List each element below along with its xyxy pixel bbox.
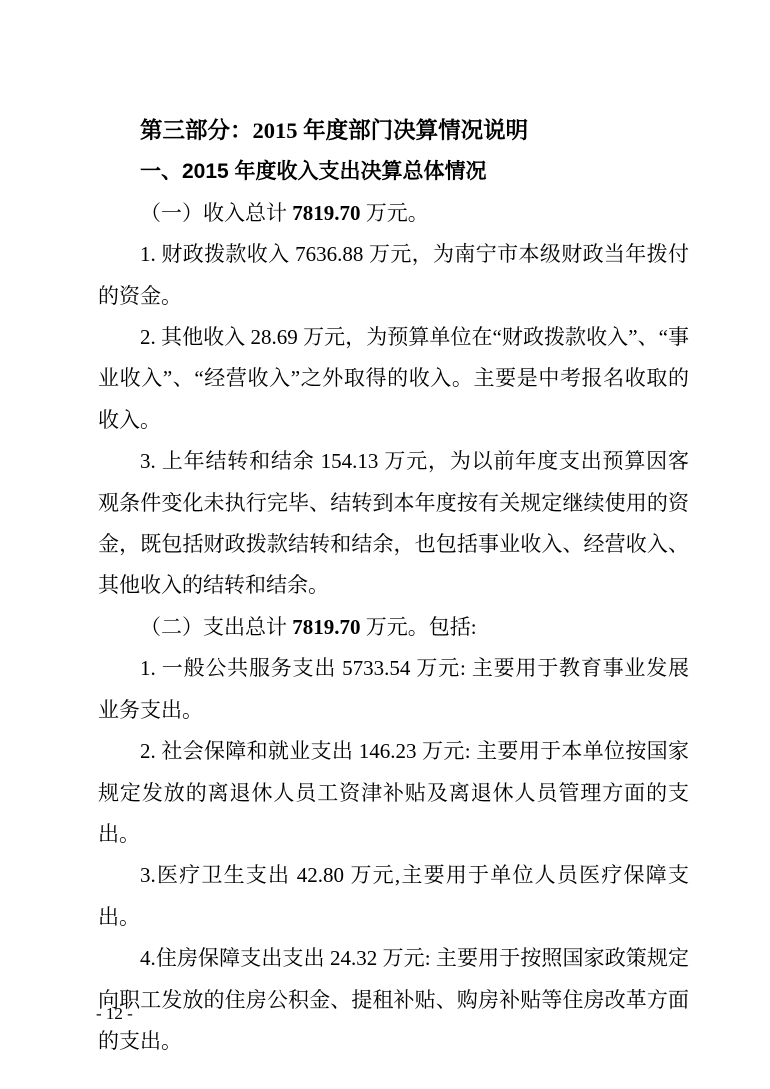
emphasized-amount: 7819.70 <box>292 201 360 225</box>
text-segment: 2. 其他收入 28.69 万元，为预算单位在“财政拨款收入”、“事业收入”、“… <box>98 325 689 432</box>
text-segment: （一）收入总计 <box>140 201 292 225</box>
emphasized-amount: 一、2015 年度收入支出决算总体情况 <box>140 160 487 183</box>
expenditure-item-4-paragraph: 4.住房保障支出支出 24.32 万元: 主要用于按照国家政策规定向职工发放的住… <box>98 938 689 1062</box>
document-body: 第三部分：2015 年度部门决算情况说明一、2015 年度收入支出决算总体情况（… <box>98 110 689 1062</box>
section-heading: 一、2015 年度收入支出决算总体情况 <box>98 151 689 192</box>
expenditure-item-1-paragraph: 1. 一般公共服务支出 5733.54 万元: 主要用于教育事业发展业务支出。 <box>98 648 689 731</box>
expenditure-item-2-paragraph: 2. 社会保障和就业支出 146.23 万元: 主要用于本单位按国家规定发放的离… <box>98 731 689 855</box>
text-segment: （二）支出总计 <box>140 615 292 639</box>
text-segment: 1. 财政拨款收入 7636.88 万元，为南宁市本级财政当年拨付的资金。 <box>98 242 689 307</box>
expenditure-item-3-paragraph: 3.医疗卫生支出 42.80 万元,主要用于单位人员医疗保障支出。 <box>98 855 689 938</box>
income-total-paragraph: （一）收入总计 7819.70 万元。 <box>98 193 689 234</box>
emphasized-amount: 第三部分：2015 年度部门决算情况说明 <box>140 118 528 143</box>
text-segment: 万元。包括: <box>361 615 477 639</box>
text-segment: 1. 一般公共服务支出 5733.54 万元: 主要用于教育事业发展业务支出。 <box>98 656 689 721</box>
text-segment: 万元。 <box>361 201 429 225</box>
text-segment: 3.医疗卫生支出 42.80 万元,主要用于单位人员医疗保障支出。 <box>98 863 689 928</box>
income-item-1-paragraph: 1. 财政拨款收入 7636.88 万元，为南宁市本级财政当年拨付的资金。 <box>98 234 689 317</box>
document-page: 第三部分：2015 年度部门决算情况说明一、2015 年度收入支出决算总体情况（… <box>0 0 770 1089</box>
emphasized-amount: 7819.70 <box>292 615 360 639</box>
text-segment: 3. 上年结转和结余 154.13 万元，为以前年度支出预算因客观条件变化未执行… <box>98 449 689 597</box>
income-item-3-paragraph: 3. 上年结转和结余 154.13 万元，为以前年度支出预算因客观条件变化未执行… <box>98 441 689 607</box>
expenditure-total-paragraph: （二）支出总计 7819.70 万元。包括: <box>98 607 689 648</box>
document-title: 第三部分：2015 年度部门决算情况说明 <box>98 110 689 151</box>
income-item-2-paragraph: 2. 其他收入 28.69 万元，为预算单位在“财政拨款收入”、“事业收入”、“… <box>98 317 689 441</box>
text-segment: 2. 社会保障和就业支出 146.23 万元: 主要用于本单位按国家规定发放的离… <box>98 739 689 846</box>
text-segment: 4.住房保障支出支出 24.32 万元: 主要用于按照国家政策规定向职工发放的住… <box>98 946 689 1053</box>
page-number: - 12 - <box>96 1003 133 1025</box>
